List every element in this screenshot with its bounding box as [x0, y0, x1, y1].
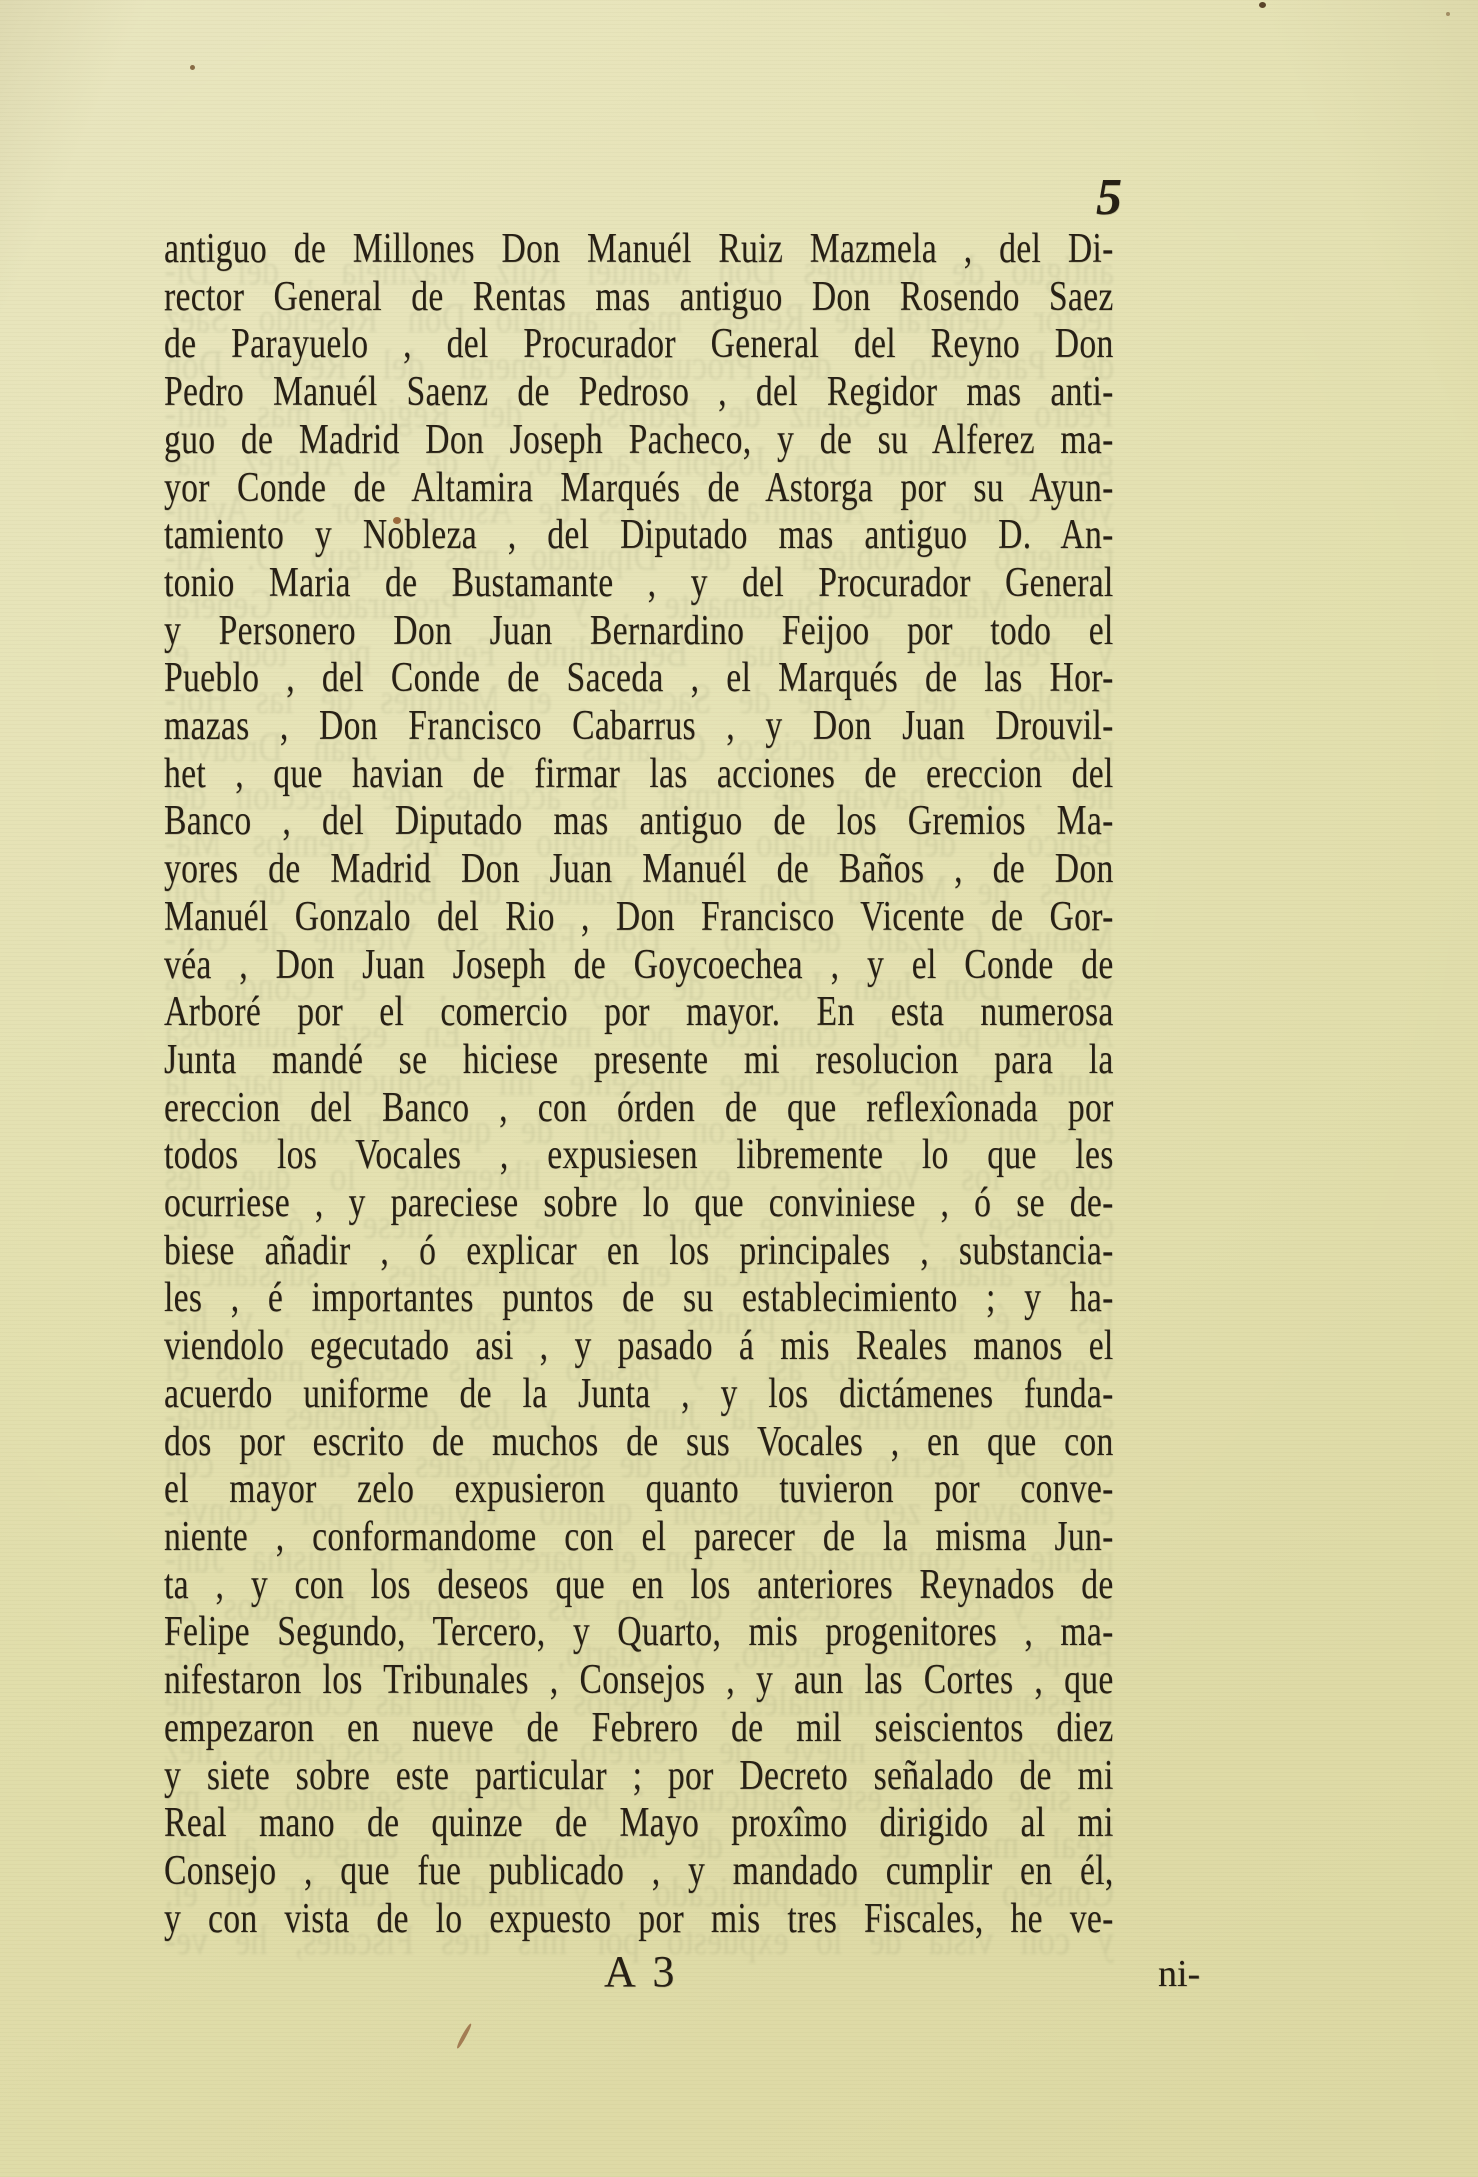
text-line-35: Consejo , que fue publicado , y mandado … — [164, 1848, 1114, 1896]
text-line-4: Pedro Manuél Saenz de Pedroso , del Regi… — [164, 369, 1114, 417]
text-line-32: empezaron en nueve de Febrero de mil sei… — [164, 1705, 1114, 1753]
text-line-33: y siete sobre este particular ; por Decr… — [164, 1753, 1114, 1801]
text-line-23: les , é importantes puntos de su estable… — [164, 1275, 1114, 1323]
text-line-17: Arboré por el comercio por mayor. En est… — [164, 989, 1114, 1037]
text-line-26: dos por escrito de muchos de sus Vocales… — [164, 1419, 1114, 1467]
text-line-29: ta , y con los deseos que en los anterio… — [164, 1562, 1114, 1610]
text-line-14: yores de Madrid Don Juan Manuél de Baños… — [164, 846, 1114, 894]
text-line-10: Pueblo , del Conde de Saceda , el Marqué… — [164, 655, 1114, 703]
text-line-34: Real mano de quinze de Mayo proxîmo diri… — [164, 1800, 1114, 1848]
text-line-5: guo de Madrid Don Joseph Pacheco, y de s… — [164, 417, 1114, 465]
text-line-3: de Parayuelo , del Procurador General de… — [164, 321, 1114, 369]
text-line-1: antiguo de Millones Don Manuél Ruiz Mazm… — [164, 226, 1114, 274]
text-line-8: tonio Maria de Bustamante , y del Procur… — [164, 560, 1114, 608]
paper-speck — [1259, 2, 1266, 8]
text-line-25: acuerdo uniforme de la Junta , y los dic… — [164, 1371, 1114, 1419]
text-line-36: y con vista de lo expuesto por mis tres … — [164, 1896, 1114, 1944]
text-block: antiguo de Millones Don Manuél Ruiz Mazm… — [164, 226, 1114, 1943]
text-line-13: Banco , del Diputado mas antiguo de los … — [164, 798, 1114, 846]
page-number: 5 — [1096, 168, 1122, 227]
paper-speck — [393, 517, 401, 524]
text-line-6: yor Conde de Altamira Marqués de Astorga… — [164, 465, 1114, 513]
text-line-28: niente , conformandome con el parecer de… — [164, 1514, 1114, 1562]
text-line-15: Manuél Gonzalo del Rio , Don Francisco V… — [164, 894, 1114, 942]
text-line-2: rector General de Rentas mas antiguo Don… — [164, 274, 1114, 322]
text-line-9: y Personero Don Juan Bernardino Feijoo p… — [164, 608, 1114, 656]
text-line-27: el mayor zelo expusieron quanto tuvieron… — [164, 1466, 1114, 1514]
catchword: ni- — [1158, 1952, 1200, 1996]
text-line-7: tamiento y Nobleza , del Diputado mas an… — [164, 512, 1114, 560]
paper-speck — [190, 65, 195, 70]
text-line-30: Felipe Segundo, Tercero, y Quarto, mis p… — [164, 1609, 1114, 1657]
text-line-31: nifestaron los Tribunales , Consejos , y… — [164, 1657, 1114, 1705]
text-line-18: Junta mandé se hiciese presente mi resol… — [164, 1037, 1114, 1085]
signature-mark: A 3 — [604, 1946, 678, 1997]
text-line-16: véa , Don Juan Joseph de Goycoechea , y … — [164, 942, 1114, 990]
text-line-22: biese añadir , ó explicar en los princip… — [164, 1228, 1114, 1276]
text-line-19: ereccion del Banco , con órden de que re… — [164, 1085, 1114, 1133]
text-line-21: ocurriese , y pareciese sobre lo que con… — [164, 1180, 1114, 1228]
text-line-24: viendolo egecutado asi , y pasado á mis … — [164, 1323, 1114, 1371]
text-line-20: todos los Vocales , expusiesen librement… — [164, 1132, 1114, 1180]
text-line-12: het , que havian de firmar las acciones … — [164, 751, 1114, 799]
book-page: antiguo de Millones Don Manuél Ruiz Mazm… — [0, 0, 1478, 2177]
text-line-11: mazas , Don Francisco Cabarrus , y Don J… — [164, 703, 1114, 751]
ink-smudge — [456, 2023, 473, 2050]
paper-speck — [1446, 12, 1450, 16]
